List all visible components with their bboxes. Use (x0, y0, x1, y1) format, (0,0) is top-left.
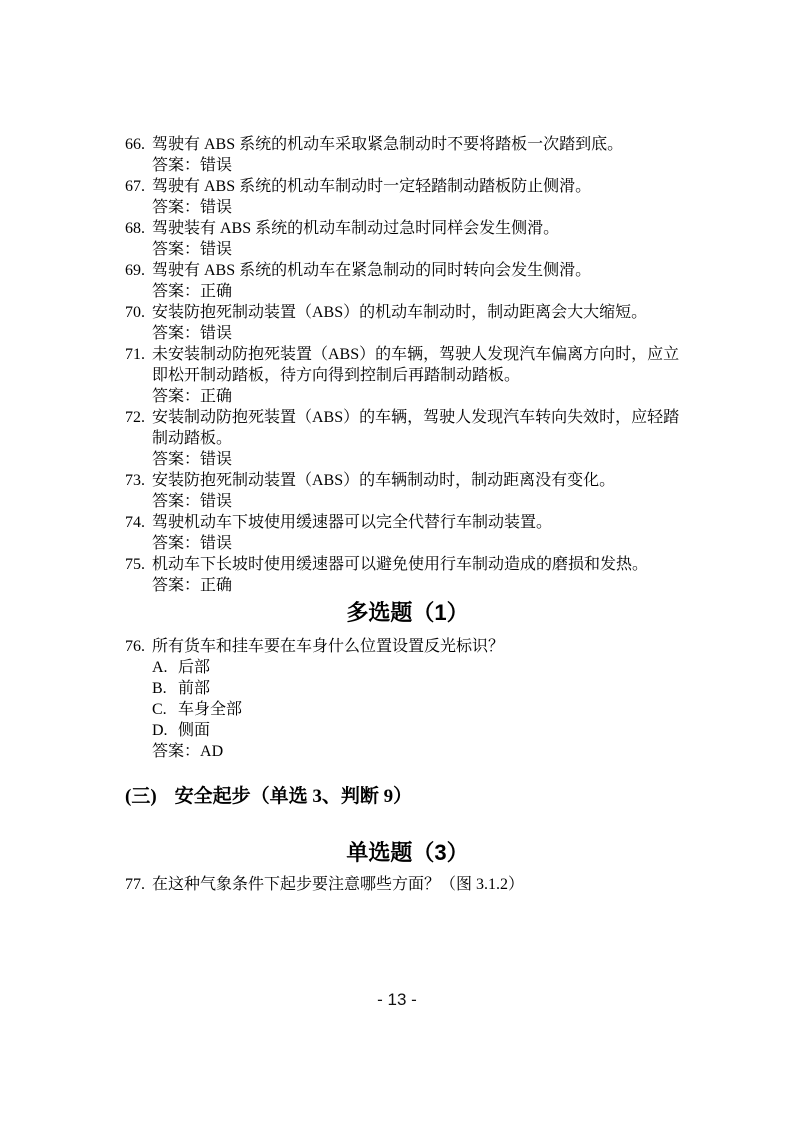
document-page: 66.驾驶有 ABS 系统的机动车采取紧急制动时不要将踏板一次踏到底。 答案：错… (0, 0, 794, 1123)
answer-value: 正确 (200, 388, 232, 405)
question-number: 74. (125, 512, 152, 533)
question-item-72: 72.安装制动防抱死装置（ABS）的车辆，驾驶人发现汽车转向失效时，应轻踏制动踏… (125, 407, 690, 470)
answer-value: 错误 (200, 157, 232, 174)
question-number: 70. (125, 302, 152, 323)
answer-value: 错误 (200, 325, 232, 342)
question-line: 73.安装防抱死制动装置（ABS）的车辆制动时，制动距离没有变化。 (125, 470, 690, 491)
answer-line: 答案：错误 (125, 155, 690, 176)
question-line: 68.驾驶装有 ABS 系统的机动车制动过急时同样会发生侧滑。 (125, 218, 690, 239)
question-text: 安装制动防抱死装置（ABS）的车辆，驾驶人发现汽车转向失效时，应轻踏制动踏板。 (152, 409, 679, 447)
answer-line: 答案：正确 (125, 386, 690, 407)
question-item-77: 77.在这种气象条件下起步要注意哪些方面？（图 3.1.2） (125, 874, 690, 895)
question-item-66: 66.驾驶有 ABS 系统的机动车采取紧急制动时不要将踏板一次踏到底。 答案：错… (125, 134, 690, 176)
question-line: 72.安装制动防抱死装置（ABS）的车辆，驾驶人发现汽车转向失效时，应轻踏制动踏… (125, 407, 690, 449)
question-text: 安装防抱死制动装置（ABS）的机动车制动时，制动距离会大大缩短。 (152, 304, 647, 321)
question-line: 69.驾驶有 ABS 系统的机动车在紧急制动的同时转向会发生侧滑。 (125, 260, 690, 281)
question-line: 70.安装防抱死制动装置（ABS）的机动车制动时，制动距离会大大缩短。 (125, 302, 690, 323)
page-content: 66.驾驶有 ABS 系统的机动车采取紧急制动时不要将踏板一次踏到底。 答案：错… (125, 134, 690, 895)
answer-value: 错误 (200, 493, 232, 510)
question-text: 驾驶装有 ABS 系统的机动车制动过急时同样会发生侧滑。 (152, 220, 559, 237)
question-line: 75.机动车下长坡时使用缓速器可以避免使用行车制动造成的磨损和发热。 (125, 554, 690, 575)
option-text: 后部 (178, 659, 210, 676)
option-b: B.前部 (125, 678, 690, 699)
chapter-section-heading: (三)安全起步（单选 3、判断 9） (125, 784, 690, 810)
question-number: 77. (125, 874, 152, 895)
question-item-76: 76.所有货车和挂车要在车身什么位置设置反光标识？ A.后部 B.前部 C.车身… (125, 636, 690, 762)
answer-line: 答案：错误 (125, 449, 690, 470)
answer-line: 答案：错误 (125, 533, 690, 554)
page-number: - 13 - (0, 990, 794, 1010)
answer-line: 答案：正确 (125, 575, 690, 596)
question-number: 71. (125, 344, 152, 365)
question-text: 驾驶有 ABS 系统的机动车采取紧急制动时不要将踏板一次踏到底。 (152, 136, 623, 153)
answer-value: 错误 (200, 535, 232, 552)
question-item-67: 67.驾驶有 ABS 系统的机动车制动时一定轻踏制动踏板防止侧滑。 答案：错误 (125, 176, 690, 218)
option-text: 车身全部 (178, 701, 242, 718)
question-text: 机动车下长坡时使用缓速器可以避免使用行车制动造成的磨损和发热。 (152, 556, 648, 573)
answer-label: 答案： (152, 743, 200, 760)
answer-value: 错误 (200, 241, 232, 258)
answer-label: 答案： (152, 451, 200, 468)
answer-label: 答案： (152, 535, 200, 552)
question-text: 所有货车和挂车要在车身什么位置设置反光标识？ (152, 638, 504, 655)
answer-line: 答案：错误 (125, 323, 690, 344)
answer-value: 错误 (200, 199, 232, 216)
question-number: 69. (125, 260, 152, 281)
question-text: 安装防抱死制动装置（ABS）的车辆制动时，制动距离没有变化。 (152, 472, 615, 489)
chapter-section-title: 安全起步（单选 3、判断 9） (175, 786, 413, 807)
question-item-74: 74.驾驶机动车下坡使用缓速器可以完全代替行车制动装置。 答案：错误 (125, 512, 690, 554)
multi-choice-section-heading: 多选题（1） (125, 598, 690, 628)
answer-label: 答案： (152, 283, 200, 300)
option-a: A.后部 (125, 657, 690, 678)
option-c: C.车身全部 (125, 699, 690, 720)
answer-value: 正确 (200, 577, 232, 594)
option-label: A. (152, 657, 178, 678)
question-line: 66.驾驶有 ABS 系统的机动车采取紧急制动时不要将踏板一次踏到底。 (125, 134, 690, 155)
question-text: 在这种气象条件下起步要注意哪些方面？（图 3.1.2） (152, 876, 524, 893)
question-item-70: 70.安装防抱死制动装置（ABS）的机动车制动时，制动距离会大大缩短。 答案：错… (125, 302, 690, 344)
question-item-68: 68.驾驶装有 ABS 系统的机动车制动过急时同样会发生侧滑。 答案：错误 (125, 218, 690, 260)
question-line: 76.所有货车和挂车要在车身什么位置设置反光标识？ (125, 636, 690, 657)
question-item-75: 75.机动车下长坡时使用缓速器可以避免使用行车制动造成的磨损和发热。 答案：正确 (125, 554, 690, 596)
question-text: 驾驶机动车下坡使用缓速器可以完全代替行车制动装置。 (152, 514, 552, 531)
option-label: D. (152, 720, 178, 741)
question-text: 未安装制动防抱死装置（ABS）的车辆，驾驶人发现汽车偏离方向时，应立即松开制动踏… (152, 346, 679, 384)
option-text: 前部 (178, 680, 210, 697)
answer-label: 答案： (152, 325, 200, 342)
question-line: 77.在这种气象条件下起步要注意哪些方面？（图 3.1.2） (125, 874, 690, 895)
single-choice-section-heading: 单选题（3） (125, 838, 690, 868)
question-text: 驾驶有 ABS 系统的机动车在紧急制动的同时转向会发生侧滑。 (152, 262, 591, 279)
question-number: 68. (125, 218, 152, 239)
answer-label: 答案： (152, 388, 200, 405)
option-d: D.侧面 (125, 720, 690, 741)
answer-label: 答案： (152, 241, 200, 258)
answer-line: 答案：AD (125, 741, 690, 762)
answer-line: 答案：正确 (125, 281, 690, 302)
chapter-section-number: (三) (125, 786, 157, 807)
answer-label: 答案： (152, 577, 200, 594)
question-text: 驾驶有 ABS 系统的机动车制动时一定轻踏制动踏板防止侧滑。 (152, 178, 591, 195)
question-item-71: 71.未安装制动防抱死装置（ABS）的车辆，驾驶人发现汽车偏离方向时，应立即松开… (125, 344, 690, 407)
multi-choice-section: 76.所有货车和挂车要在车身什么位置设置反光标识？ A.后部 B.前部 C.车身… (125, 636, 690, 762)
answer-line: 答案：错误 (125, 239, 690, 260)
question-number: 67. (125, 176, 152, 197)
option-label: B. (152, 678, 178, 699)
single-choice-section: 77.在这种气象条件下起步要注意哪些方面？（图 3.1.2） (125, 874, 690, 895)
question-number: 73. (125, 470, 152, 491)
judgment-questions-section: 66.驾驶有 ABS 系统的机动车采取紧急制动时不要将踏板一次踏到底。 答案：错… (125, 134, 690, 596)
option-text: 侧面 (178, 722, 210, 739)
option-label: C. (152, 699, 178, 720)
answer-label: 答案： (152, 493, 200, 510)
question-line: 67.驾驶有 ABS 系统的机动车制动时一定轻踏制动踏板防止侧滑。 (125, 176, 690, 197)
question-number: 75. (125, 554, 152, 575)
answer-value: AD (200, 743, 223, 760)
question-number: 76. (125, 636, 152, 657)
answer-label: 答案： (152, 157, 200, 174)
question-item-73: 73.安装防抱死制动装置（ABS）的车辆制动时，制动距离没有变化。 答案：错误 (125, 470, 690, 512)
answer-value: 错误 (200, 451, 232, 468)
answer-value: 正确 (200, 283, 232, 300)
question-line: 71.未安装制动防抱死装置（ABS）的车辆，驾驶人发现汽车偏离方向时，应立即松开… (125, 344, 690, 386)
answer-line: 答案：错误 (125, 491, 690, 512)
answer-label: 答案： (152, 199, 200, 216)
question-item-69: 69.驾驶有 ABS 系统的机动车在紧急制动的同时转向会发生侧滑。 答案：正确 (125, 260, 690, 302)
question-number: 72. (125, 407, 152, 428)
question-line: 74.驾驶机动车下坡使用缓速器可以完全代替行车制动装置。 (125, 512, 690, 533)
question-number: 66. (125, 134, 152, 155)
answer-line: 答案：错误 (125, 197, 690, 218)
